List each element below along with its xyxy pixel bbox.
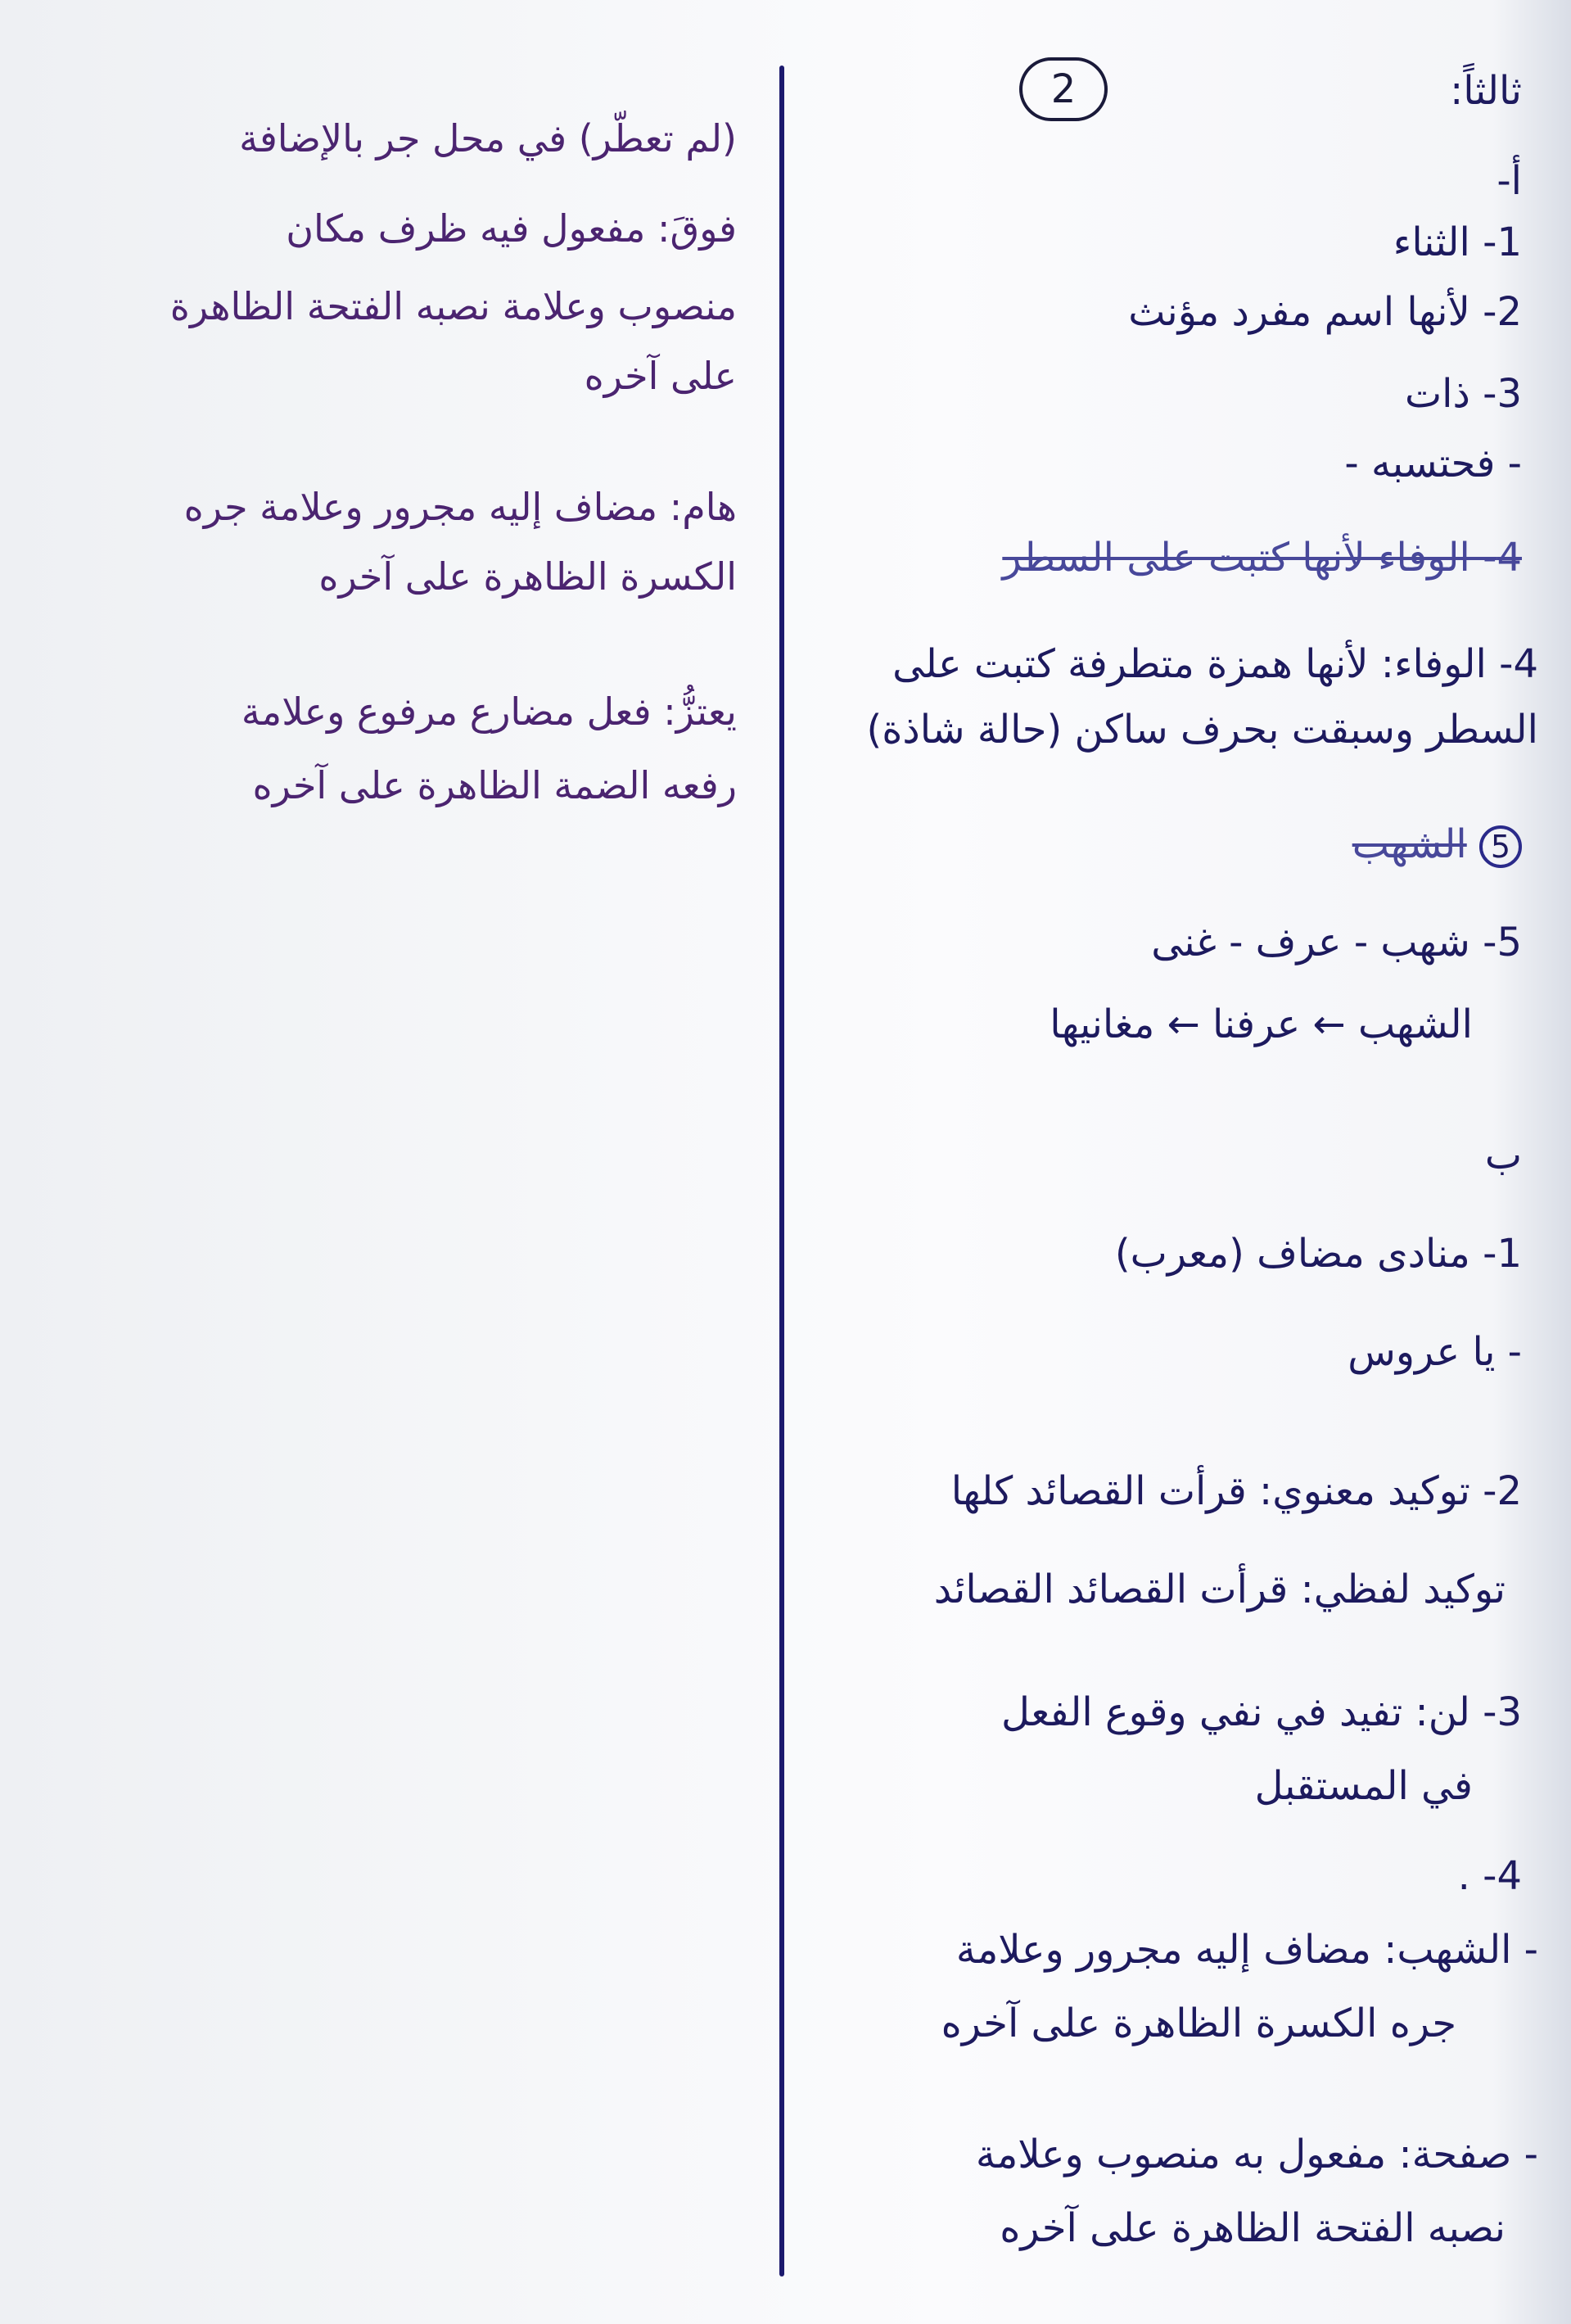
answer-a2: 2- لأنها اسم مفرد مؤنث bbox=[1128, 287, 1522, 337]
answer-a4-line1: 4- الوفاء: لأنها همزة متطرفة كتبت على bbox=[892, 639, 1538, 690]
answer-a4-line2: السطر وسبقت بحرف ساكن (حالة شاذة) bbox=[866, 704, 1538, 755]
answer-b2-line1: 2- توكيد معنوي: قرأت القصائد كلها bbox=[951, 1466, 1522, 1517]
answer-b3-line2: في المستقبل bbox=[1255, 1761, 1473, 1811]
answer-b2-text: 2- توكيد معنوي: قرأت القصائد كلها bbox=[951, 1468, 1522, 1514]
answer-a3-sub: - فحتسبه - bbox=[1344, 438, 1522, 489]
circled-number: 5 bbox=[1479, 825, 1522, 868]
notebook-page: 2 ثالثاً: أ- 1- الثناء 2- لأنها اسم مفرد… bbox=[0, 0, 1571, 2324]
section-b-label: ب bbox=[1485, 1130, 1522, 1181]
left-line-4: على آخره bbox=[585, 352, 737, 401]
answer-a5-sub: الشهب ← عرفنا ← مغانيها bbox=[1050, 999, 1473, 1050]
answer-b1: 1- منادى مضاف (معرب) bbox=[1115, 1228, 1522, 1279]
left-line-8: رفعه الضمة الظاهرة على آخره bbox=[253, 762, 738, 811]
left-line-7: يعتزُّ: فعل مضارع مرفوع وعلامة bbox=[242, 688, 737, 737]
answer-b1-sub: - يا عروس bbox=[1348, 1327, 1522, 1377]
answer-a5: 5- شهب - عرف - غنى bbox=[1151, 917, 1522, 968]
answer-b4a-line2: جره الكسرة الظاهرة على آخره bbox=[941, 1998, 1456, 2049]
answer-b4: 4- . bbox=[1458, 1851, 1522, 1901]
page-number: 2 bbox=[1051, 66, 1077, 112]
answer-a3: 3- ذات bbox=[1405, 368, 1522, 419]
answer-b4b-line1: - صفحة: مفعول به منصوب وعلامة bbox=[976, 2129, 1538, 2180]
answer-b4a-line1: - الشهب: مضاف إليه مجرور وعلامة bbox=[956, 1924, 1538, 1975]
answer-a1: 1- الثناء bbox=[1393, 217, 1522, 268]
left-line-5: هام: مضاف إليه مجرور وعلامة جره bbox=[184, 483, 737, 532]
answer-b3-line1: 3- لن: تفيد في نفي وقوع الفعل bbox=[1001, 1687, 1522, 1738]
answer-b2-line2: توكيد لفظي: قرأت القصائد القصائد bbox=[934, 1564, 1506, 1615]
left-line-6: الكسرة الظاهرة على آخره bbox=[318, 553, 737, 602]
answer-a5-crossed-out: 5 الشهب bbox=[1352, 819, 1522, 870]
page-number-circle: 2 bbox=[1019, 57, 1108, 121]
column-divider-line bbox=[779, 66, 784, 2277]
left-line-1: (لم تعطّر) في محل جر بالإضافة bbox=[239, 115, 737, 164]
answer-b4b-line2: نصبه الفتحة الظاهرة على آخره bbox=[1000, 2203, 1506, 2254]
section-a-label: أ- bbox=[1497, 156, 1522, 206]
section-heading: ثالثاً: bbox=[1450, 66, 1522, 116]
answer-a4-crossed-out: 4- الوفاء لأنها كتبت على السطر bbox=[1002, 532, 1522, 583]
left-line-3: منصوب وعلامة نصبه الفتحة الظاهرة bbox=[170, 283, 737, 332]
left-line-2: فوقَ: مفعول فيه ظرف مكان bbox=[286, 205, 737, 254]
crossed-word: الشهب bbox=[1352, 821, 1467, 867]
